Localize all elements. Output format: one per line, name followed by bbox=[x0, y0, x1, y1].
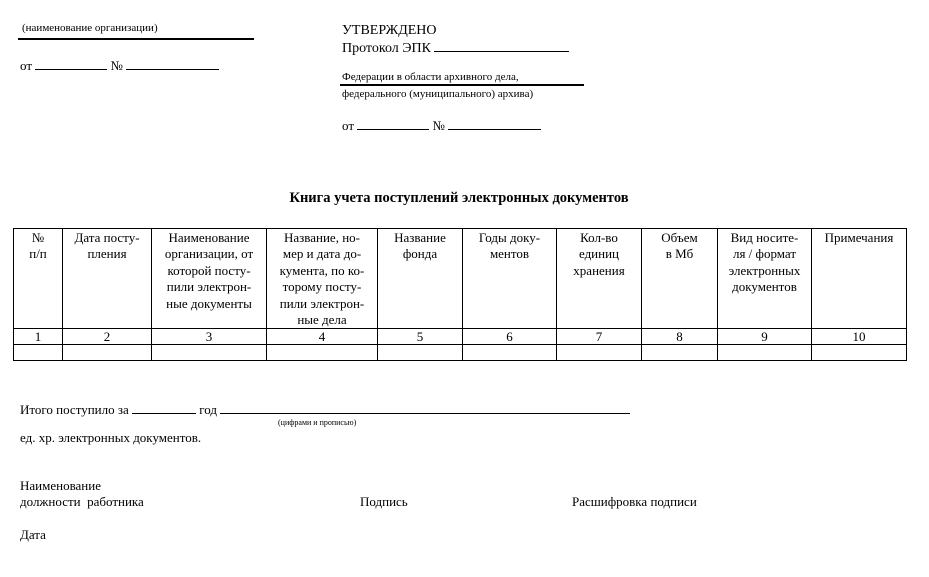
total-amount-field[interactable] bbox=[220, 402, 630, 414]
number-label: № bbox=[433, 118, 445, 133]
column-header-line: хранения bbox=[559, 263, 639, 279]
column-number: 9 bbox=[718, 329, 812, 345]
column-header-line: пили электрон- bbox=[154, 279, 264, 295]
table-cell[interactable] bbox=[267, 345, 378, 361]
protocol-row: Протокол ЭПК bbox=[342, 40, 569, 57]
position-label-1: Наименование bbox=[20, 478, 101, 494]
column-header-line: мер и дата до- bbox=[269, 246, 375, 262]
column-header-line: Годы доку- bbox=[465, 230, 554, 246]
column-header-line: кумента, по ко- bbox=[269, 263, 375, 279]
date-field[interactable] bbox=[357, 118, 429, 130]
table-cell[interactable] bbox=[14, 345, 63, 361]
column-header: Название, но-мер и дата до-кумента, по к… bbox=[267, 229, 378, 329]
column-number-row: 12345678910 bbox=[14, 329, 907, 345]
column-header-line: ментов bbox=[465, 246, 554, 262]
column-header: Кол-воединицхранения bbox=[557, 229, 642, 329]
date-field[interactable] bbox=[35, 58, 107, 70]
column-header: Годы доку-ментов bbox=[463, 229, 557, 329]
column-header-line: Вид носите- bbox=[720, 230, 809, 246]
protocol-field[interactable] bbox=[434, 40, 569, 52]
column-header-line: фонда bbox=[380, 246, 460, 262]
table-cell[interactable] bbox=[812, 345, 907, 361]
column-number: 7 bbox=[557, 329, 642, 345]
column-header-line: электронных bbox=[720, 263, 809, 279]
total-prefix: Итого поступило за bbox=[20, 402, 129, 417]
column-header: Названиефонда bbox=[378, 229, 463, 329]
approval-line[interactable] bbox=[340, 84, 584, 86]
column-header-line: которой посту- bbox=[154, 263, 264, 279]
table-cell[interactable] bbox=[718, 345, 812, 361]
approval-line-2: федерального (муниципального) архива) bbox=[342, 88, 533, 100]
column-header-line: ля / формат bbox=[720, 246, 809, 262]
signature-label: Подпись bbox=[360, 494, 408, 510]
column-header-line: Примечания bbox=[814, 230, 904, 246]
column-header-line: документов bbox=[720, 279, 809, 295]
table-row bbox=[14, 345, 907, 361]
column-number: 2 bbox=[63, 329, 152, 345]
column-number: 8 bbox=[642, 329, 718, 345]
date-footer-label: Дата bbox=[20, 527, 46, 543]
column-header-line: п/п bbox=[16, 246, 60, 262]
column-header: Объемв Мб bbox=[642, 229, 718, 329]
table-cell[interactable] bbox=[63, 345, 152, 361]
table-cell[interactable] bbox=[378, 345, 463, 361]
column-header-line: Название, но- bbox=[269, 230, 375, 246]
column-header-line: Кол-во bbox=[559, 230, 639, 246]
signature-decoding-label: Расшифровка подписи bbox=[572, 494, 697, 510]
table-cell[interactable] bbox=[463, 345, 557, 361]
column-header-line: Наименование bbox=[154, 230, 264, 246]
column-header-line: пления bbox=[65, 246, 149, 262]
column-number: 1 bbox=[14, 329, 63, 345]
document-title: Книга учета поступлений электронных доку… bbox=[0, 190, 918, 207]
year-label: год bbox=[199, 402, 217, 417]
header-right-date-row: от № bbox=[342, 118, 541, 134]
column-number: 3 bbox=[152, 329, 267, 345]
column-header-line: организации, от bbox=[154, 246, 264, 262]
year-field[interactable] bbox=[132, 402, 196, 414]
table-cell[interactable] bbox=[152, 345, 267, 361]
protocol-label: Протокол ЭПК bbox=[342, 41, 431, 56]
column-header: Наименованиеорганизации, откоторой посту… bbox=[152, 229, 267, 329]
column-header-line: Дата посту- bbox=[65, 230, 149, 246]
number-field[interactable] bbox=[126, 58, 219, 70]
amount-caption: (цифрами и прописью) bbox=[278, 418, 356, 427]
approved-stamp: УТВЕРЖДЕНО bbox=[342, 23, 437, 39]
column-header-line: в Мб bbox=[644, 246, 715, 262]
column-number: 4 bbox=[267, 329, 378, 345]
total-row: Итого поступило за год bbox=[20, 402, 630, 418]
register-table: №п/пДата посту-пленияНаименованиеорганиз… bbox=[13, 228, 907, 361]
column-header: №п/п bbox=[14, 229, 63, 329]
position-label-2: должности работника bbox=[20, 494, 144, 510]
column-number: 6 bbox=[463, 329, 557, 345]
table-header-row: №п/пДата посту-пленияНаименованиеорганиз… bbox=[14, 229, 907, 329]
table-cell[interactable] bbox=[557, 345, 642, 361]
table-cell[interactable] bbox=[642, 345, 718, 361]
column-header-line: ные дела bbox=[269, 312, 375, 328]
approval-line-1: Федерации в области архивного дела, bbox=[342, 71, 519, 83]
column-header-line: Название bbox=[380, 230, 460, 246]
date-label: от bbox=[342, 118, 354, 133]
column-header: Примечания bbox=[812, 229, 907, 329]
column-header-line: ные документы bbox=[154, 296, 264, 312]
column-number: 5 bbox=[378, 329, 463, 345]
column-header-line: № bbox=[16, 230, 60, 246]
column-header: Вид носите-ля / форматэлектронныхдокумен… bbox=[718, 229, 812, 329]
column-header-line: Объем bbox=[644, 230, 715, 246]
date-label: от bbox=[20, 58, 32, 73]
units-line: ед. хр. электронных документов. bbox=[20, 430, 201, 446]
number-field[interactable] bbox=[448, 118, 541, 130]
org-name-caption: (наименование организации) bbox=[22, 22, 158, 34]
org-name-line[interactable] bbox=[18, 38, 254, 40]
column-header-line: пили электрон- bbox=[269, 296, 375, 312]
column-header-line: единиц bbox=[559, 246, 639, 262]
column-header-line: торому посту- bbox=[269, 279, 375, 295]
number-label: № bbox=[111, 58, 123, 73]
column-header: Дата посту-пления bbox=[63, 229, 152, 329]
column-number: 10 bbox=[812, 329, 907, 345]
header-left-date-row: от № bbox=[20, 58, 219, 74]
